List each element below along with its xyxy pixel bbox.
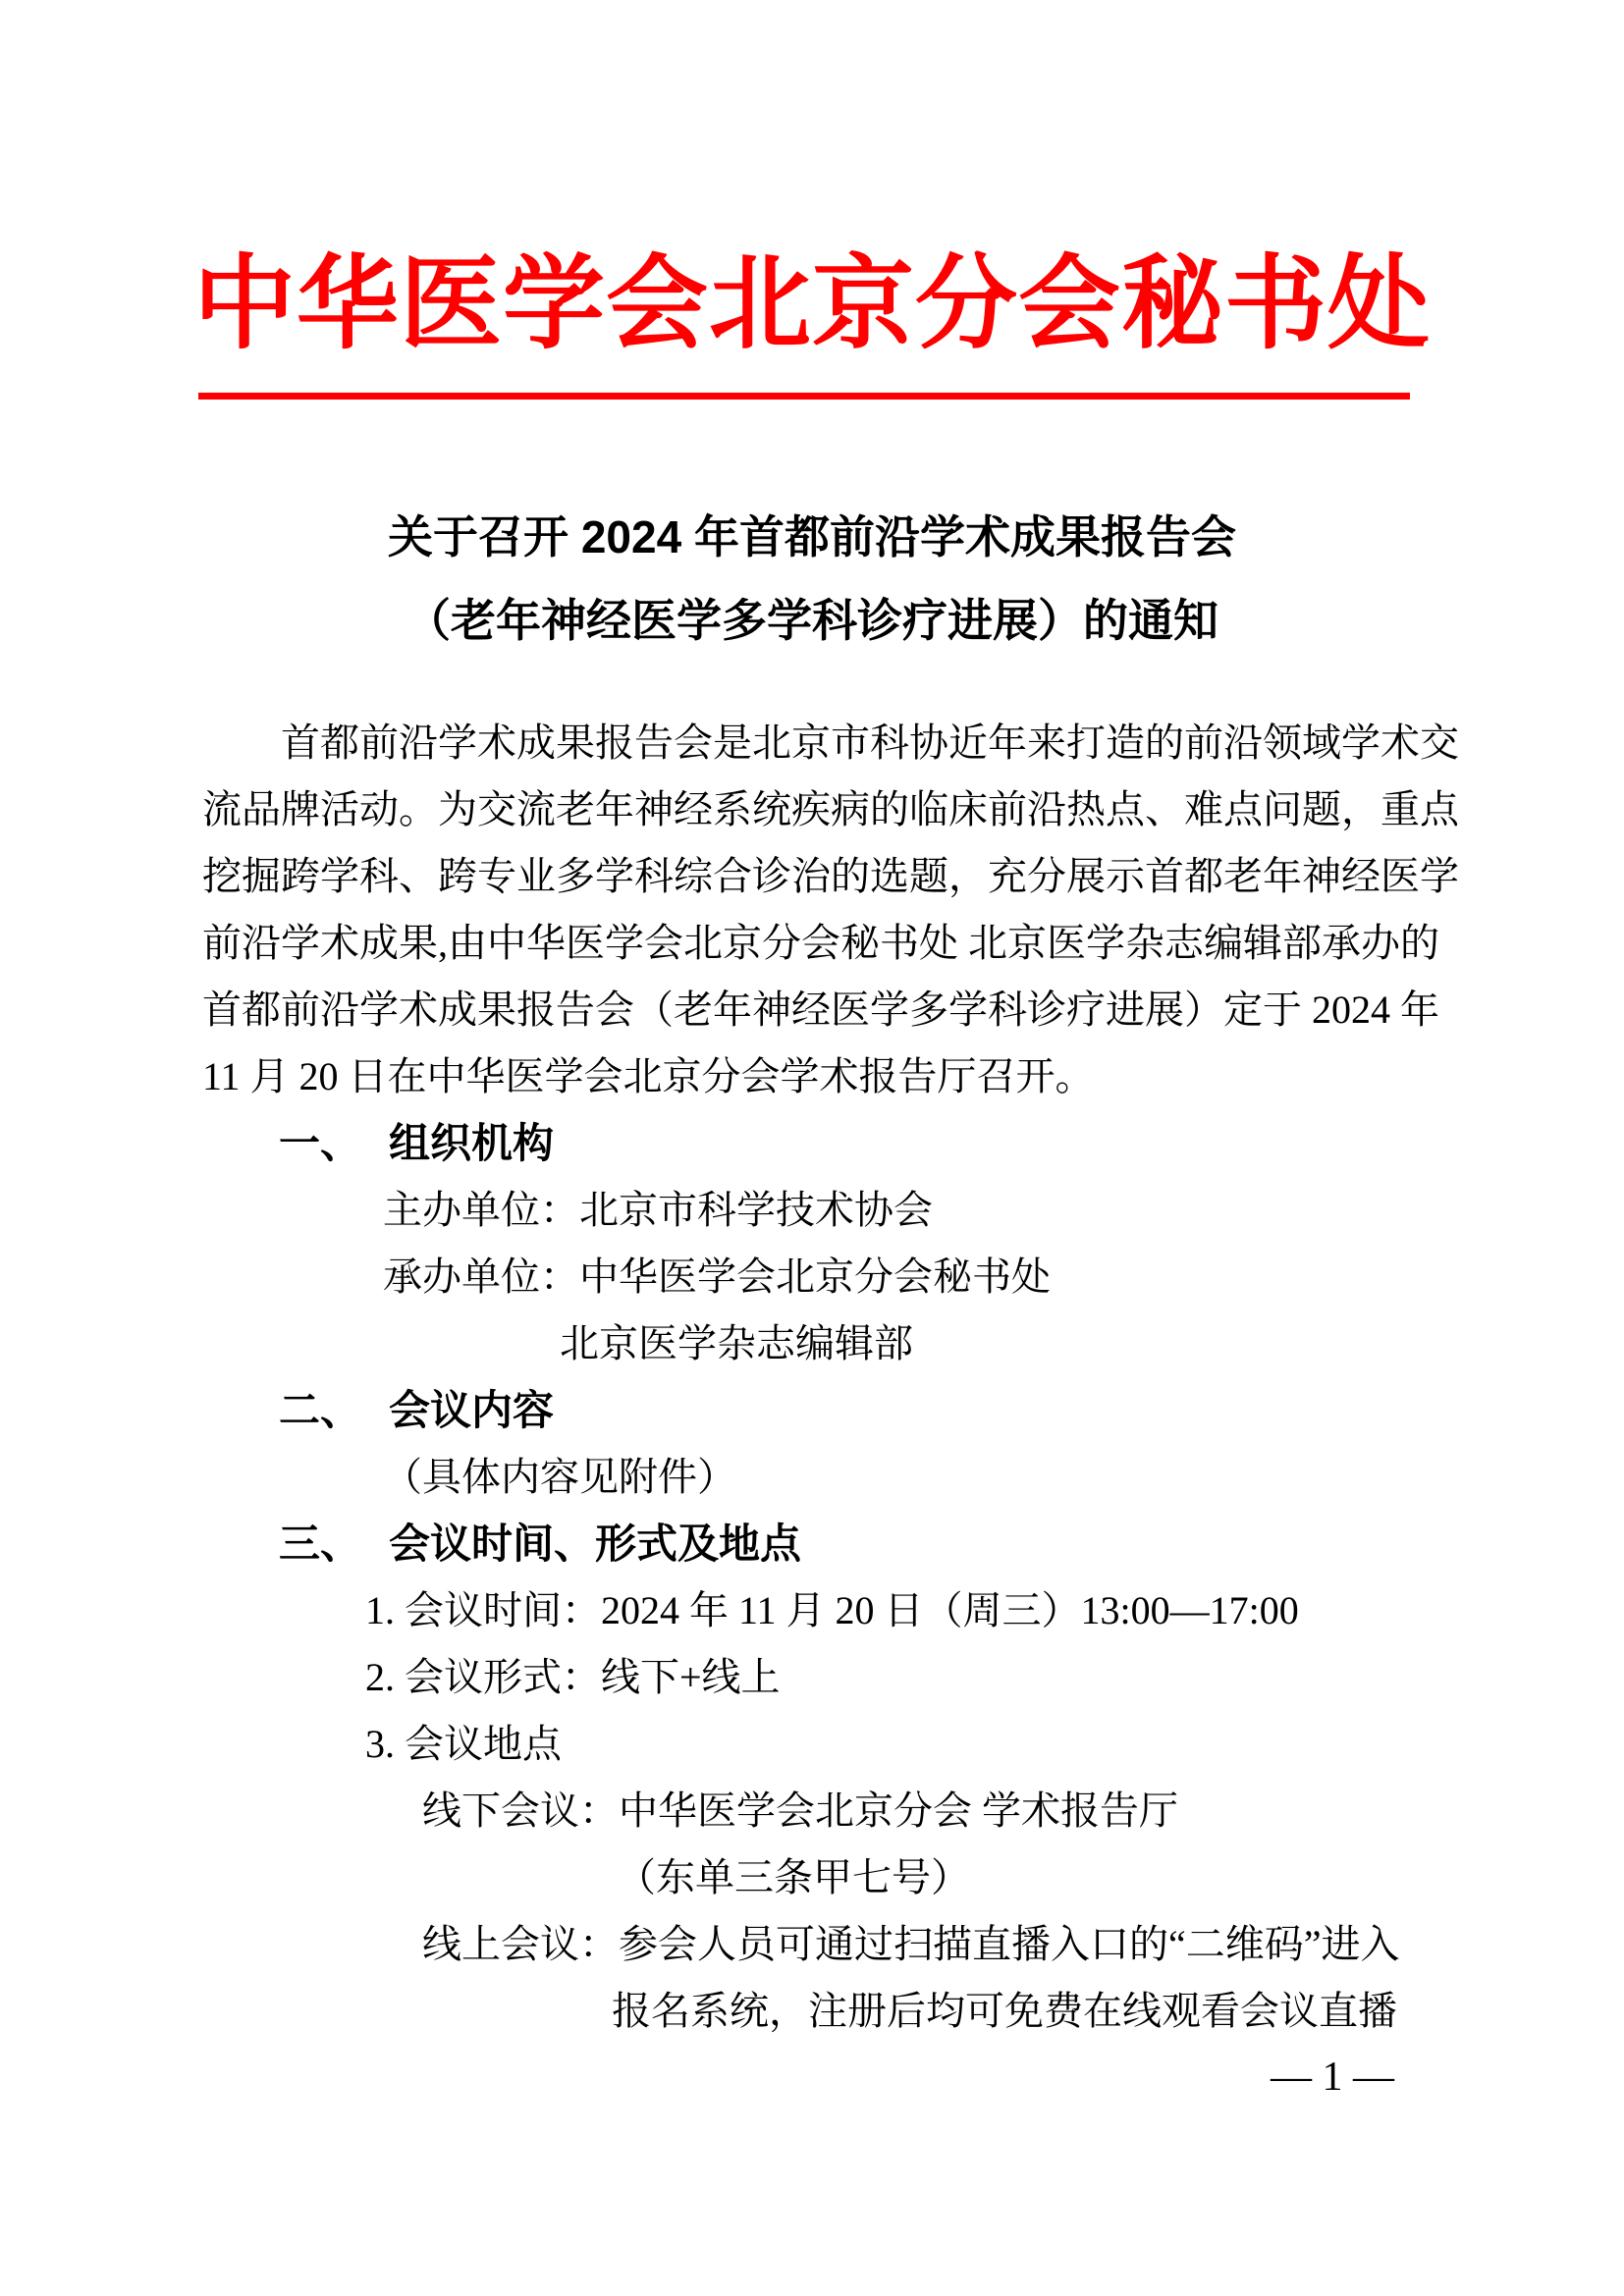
intro-line-5: 首都前沿学术成果报告会（老年神经医学多学科诊疗进展）定于 2024 年 <box>202 977 1420 1043</box>
document-title-line-2: （老年神经医学多学科诊疗进展）的通知 <box>0 579 1624 663</box>
page-number: — 1 — <box>1271 2054 1394 2101</box>
section-2-number: 二、 <box>279 1377 361 1444</box>
document-body: 首都前沿学术成果报告会是北京市科协近年来打造的前沿领域学术交 流品牌活动。为交流… <box>202 710 1420 2045</box>
section-3-offline-line-1: 线下会议：中华医学会北京分会 学术报告厅 <box>202 1778 1420 1844</box>
section-1-title: 组织机构 <box>389 1120 554 1166</box>
document-page: 中华医学会北京分会秘书处 关于召开 2024 年首都前沿学术成果报告会 （老年神… <box>0 0 1624 2296</box>
section-3-number: 三、 <box>279 1511 361 1577</box>
intro-line-3: 挖掘跨学科、跨专业多学科综合诊治的选题，充分展示首都老年神经医学 <box>202 843 1420 910</box>
document-title-line-1: 关于召开 2024 年首都前沿学术成果报告会 <box>0 496 1624 579</box>
section-3-offline-line-2: （东单三条甲七号） <box>202 1844 1420 1911</box>
intro-line-2: 流品牌活动。为交流老年神经系统疾病的临床前沿热点、难点问题，重点 <box>202 776 1420 843</box>
section-1-organizer-line-2: 北京医学杂志编辑部 <box>202 1310 1420 1377</box>
letterhead-red-divider <box>198 393 1410 400</box>
section-3-heading: 三、会议时间、形式及地点 <box>202 1511 1420 1577</box>
section-3-item-format: 2. 会议形式：线下+线上 <box>202 1644 1420 1711</box>
section-3-item-place: 3. 会议地点 <box>202 1711 1420 1778</box>
section-2-heading: 二、会议内容 <box>202 1377 1420 1444</box>
intro-line-1: 首都前沿学术成果报告会是北京市科协近年来打造的前沿领域学术交 <box>202 710 1420 776</box>
intro-line-6: 11 月 20 日在中华医学会北京分会学术报告厅召开。 <box>202 1043 1420 1110</box>
section-2-note: （具体内容见附件） <box>202 1444 1420 1511</box>
section-2-title: 会议内容 <box>389 1387 554 1433</box>
section-3-item-time: 1. 会议时间：2024 年 11 月 20 日（周三）13:00—17:00 <box>202 1577 1420 1644</box>
section-1-heading: 一、组织机构 <box>202 1110 1420 1177</box>
document-title: 关于召开 2024 年首都前沿学术成果报告会 （老年神经医学多学科诊疗进展）的通… <box>0 496 1624 663</box>
section-1-host-line: 主办单位：北京市科学技术协会 <box>202 1177 1420 1244</box>
section-3-title: 会议时间、形式及地点 <box>389 1521 801 1567</box>
section-3-online-line-2: 报名系统，注册后均可免费在线观看会议直播 <box>202 1978 1420 2045</box>
letterhead-org-title: 中华医学会北京分会秘书处 <box>0 247 1624 363</box>
intro-line-4: 前沿学术成果,由中华医学会北京分会秘书处 北京医学杂志编辑部承办的 <box>202 910 1420 977</box>
section-3-online-line-1: 线上会议：参会人员可通过扫描直播入口的“二维码”进入 <box>202 1911 1420 1978</box>
section-1-number: 一、 <box>279 1110 361 1177</box>
section-1-organizer-line-1: 承办单位：中华医学会北京分会秘书处 <box>202 1244 1420 1310</box>
